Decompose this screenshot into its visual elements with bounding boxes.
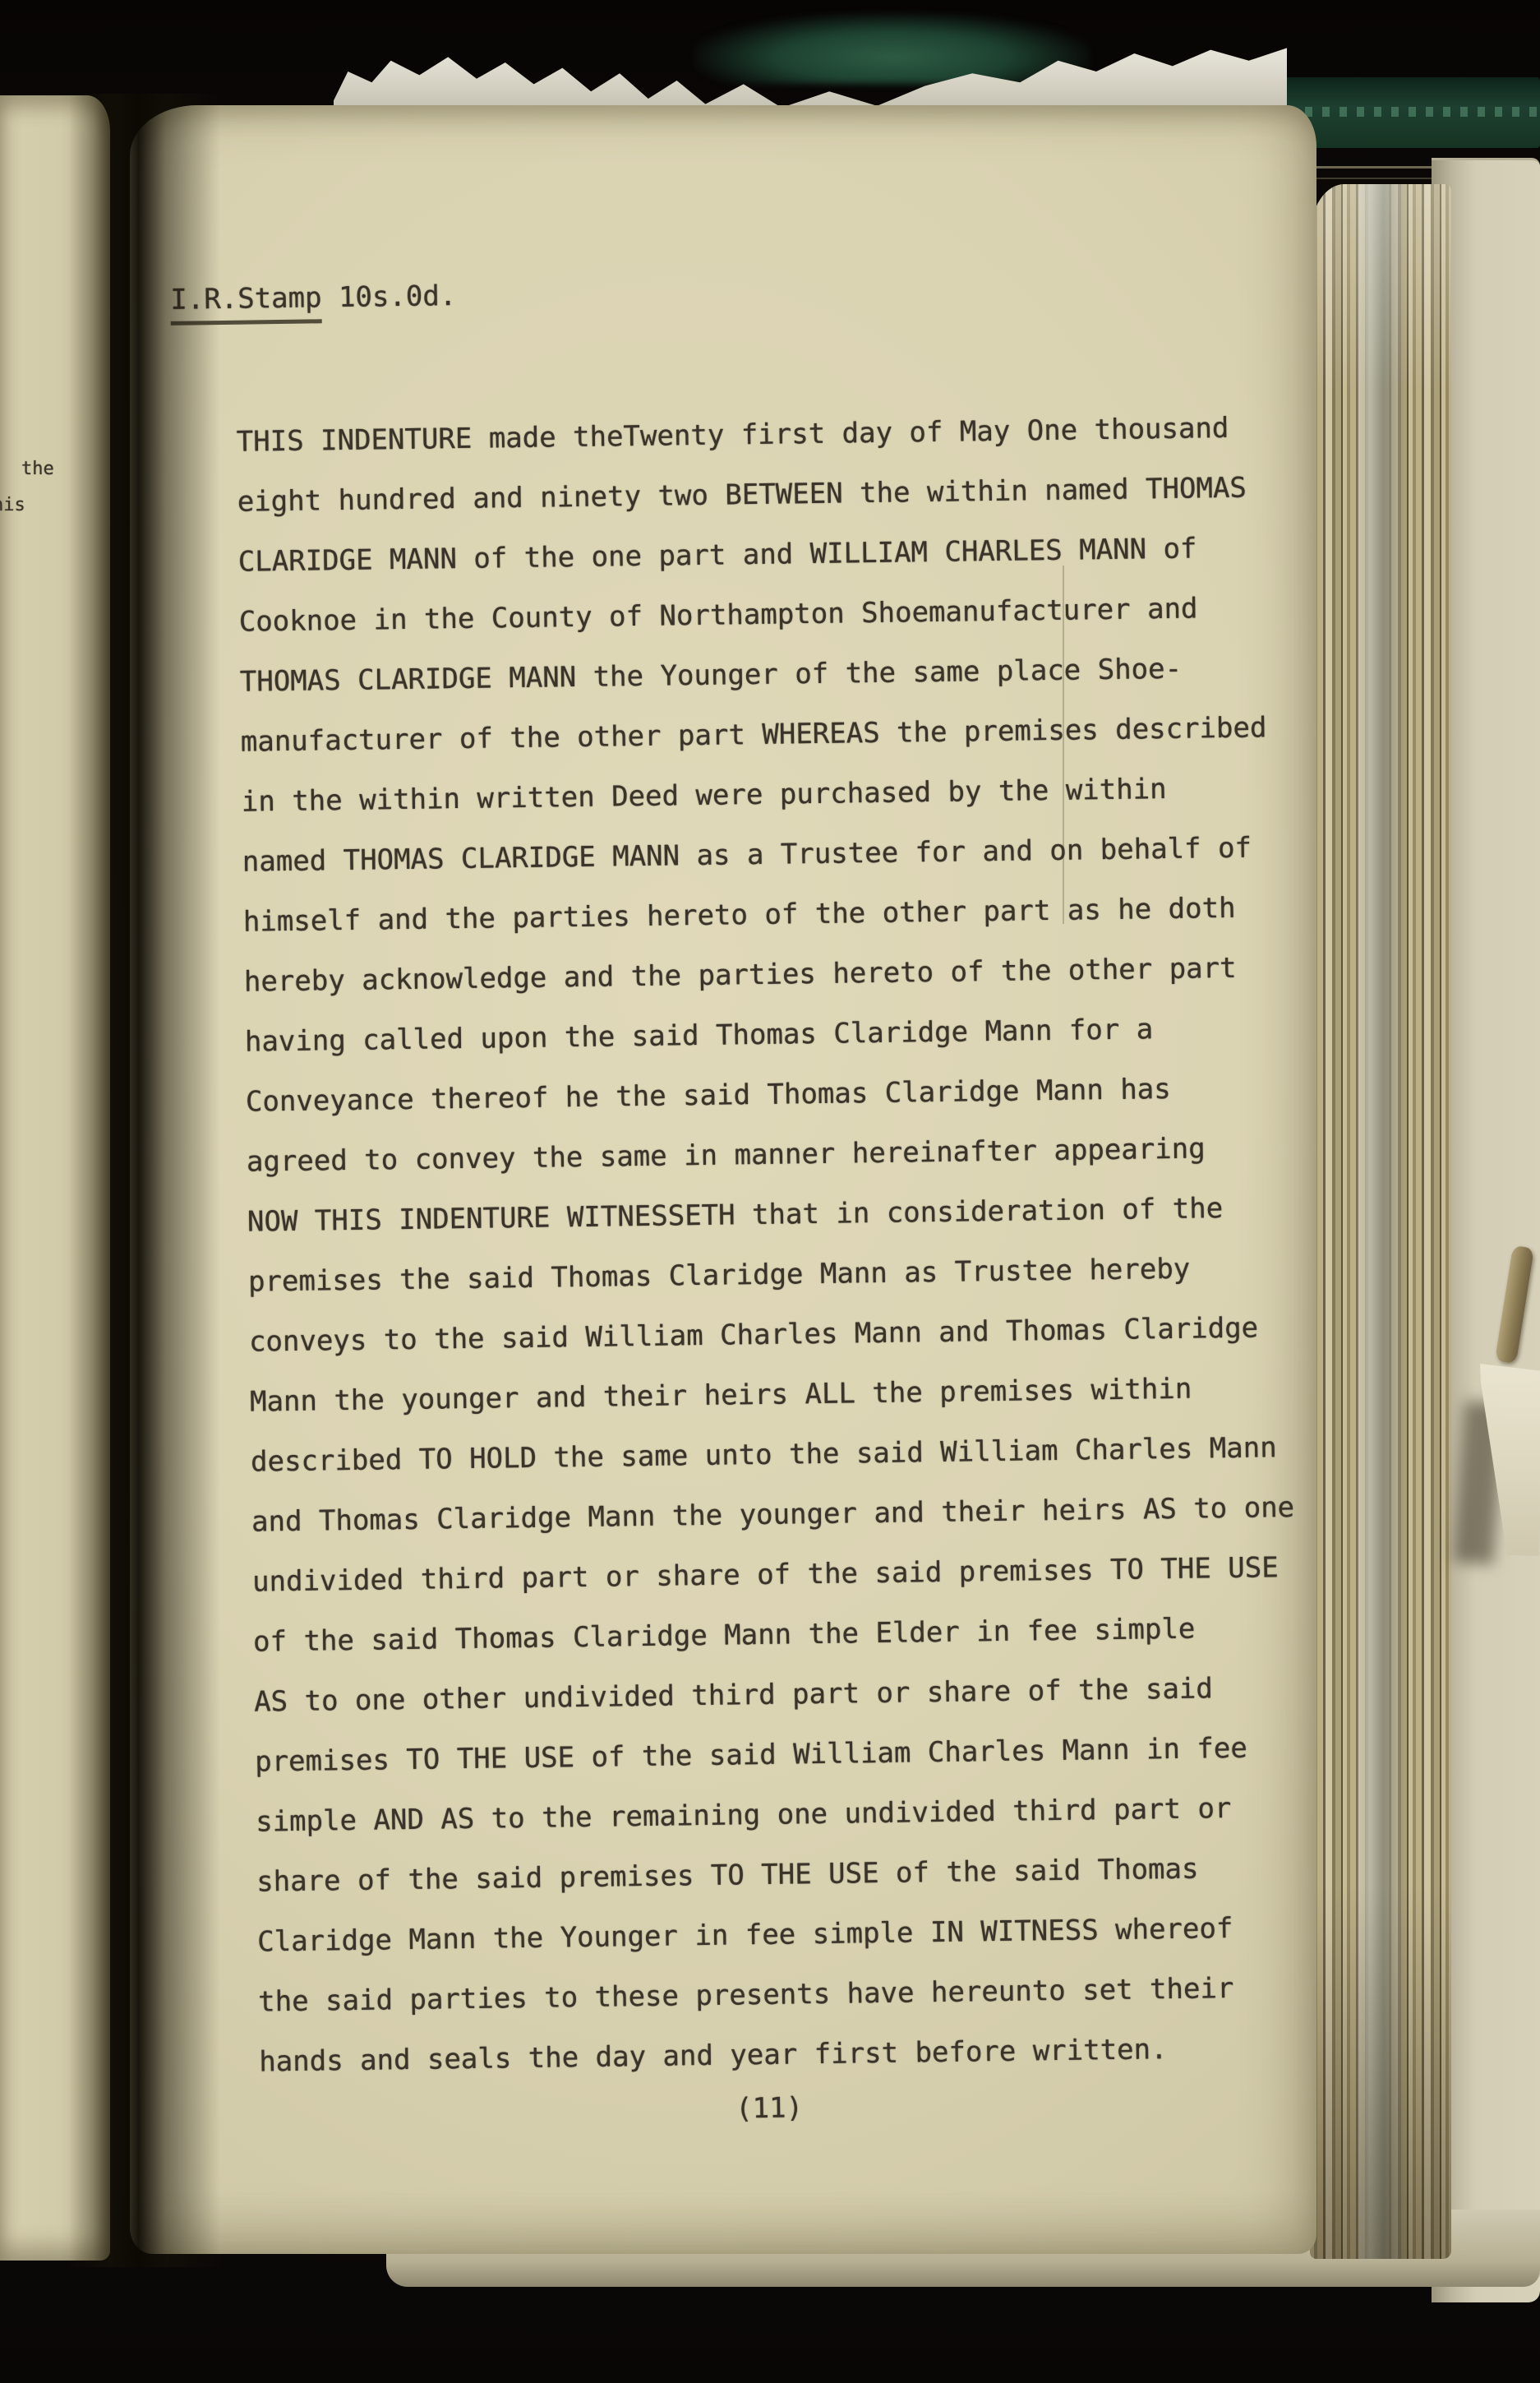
book-cover-cloth-glimpse: [695, 13, 1090, 84]
stamp-label: I.R.Stamp: [170, 281, 322, 326]
typewritten-content: I.R.Stamp 10s.0d. THIS INDENTURE made th…: [121, 90, 1337, 2256]
page-number: (11): [260, 2085, 1279, 2131]
facing-page-text-fragment: the: [21, 459, 54, 480]
book-scan-photo: the his I.R.Stamp 10s.0d. THIS INDENTURE…: [0, 0, 1540, 2383]
facing-page-sliver: the his: [0, 95, 110, 2261]
indenture-body-text: THIS INDENTURE made theTwenty first day …: [236, 397, 1344, 2092]
stamp-amount: 10s.0d.: [321, 279, 456, 314]
document-page: I.R.Stamp 10s.0d. THIS INDENTURE made th…: [130, 105, 1316, 2254]
revenue-stamp-note: I.R.Stamp 10s.0d.: [170, 279, 457, 326]
facing-page-text-fragment: his: [0, 495, 25, 516]
